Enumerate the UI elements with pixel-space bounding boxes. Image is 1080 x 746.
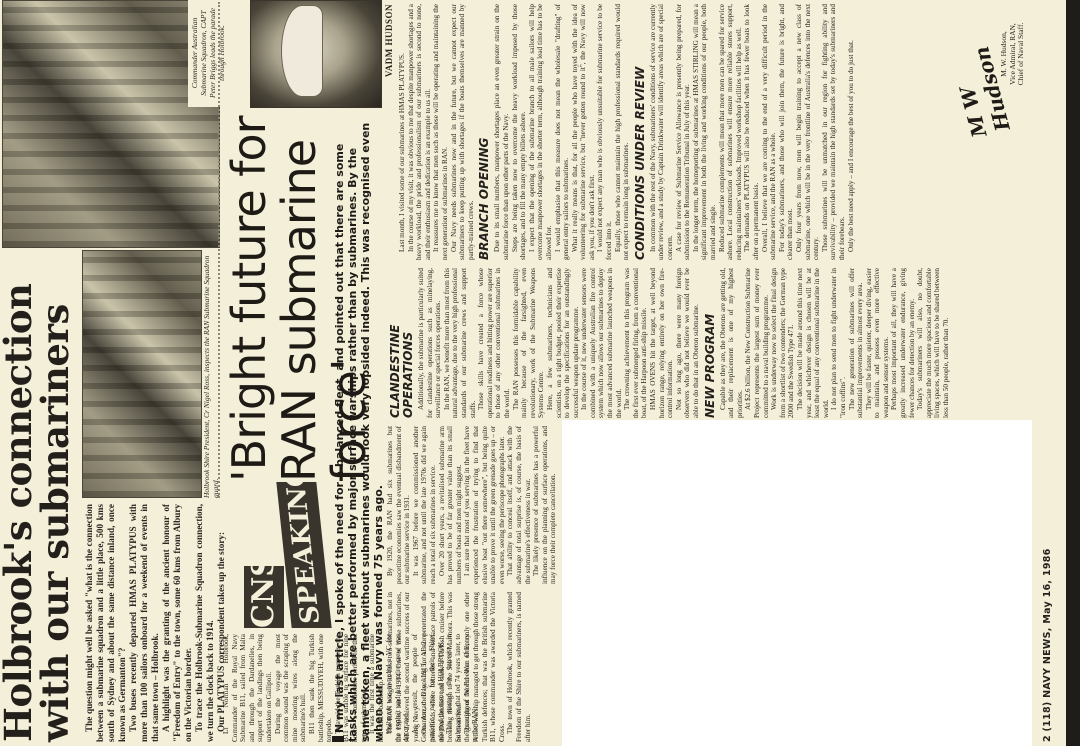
- byline: VADM HUDSON: [384, 4, 394, 108]
- body-paragraph: Steps are being taken now to overcome th…: [511, 4, 528, 260]
- body-paragraph: I do not plan to send men to fight under…: [830, 268, 847, 418]
- page-footer: 2 (118) NAVY NEWS, May 16, 1986: [1042, 442, 1053, 742]
- body-paragraph: Additionally, the submarine is particula…: [417, 268, 443, 418]
- cns-col-4: Last month, I visited some of our submar…: [398, 4, 855, 260]
- body-paragraph: For today's submariners, and those who w…: [778, 4, 795, 260]
- cns-col-2: By 1920, the RAN had six submarines but …: [386, 426, 558, 584]
- blank-area: [562, 420, 1032, 746]
- section-heading-conditions: CONDITIONS UNDER REVIEW: [634, 4, 647, 260]
- body-paragraph: The new generation of submarines will of…: [848, 268, 865, 418]
- body-paragraph: It reassures me to know that men such as…: [432, 4, 449, 260]
- body-paragraph: Due to its small numbers, manpower short…: [493, 4, 510, 260]
- vadm-hudson-portrait: [250, 0, 382, 108]
- body-paragraph: The RAN bought its first two submarines,…: [386, 592, 420, 742]
- body-paragraph: On Anzac Day, 1915, AE-2 penetrated the …: [420, 592, 463, 742]
- body-paragraph: Last month, I visited some of our submar…: [398, 4, 407, 260]
- body-paragraph: Over 20 short years, a revitalised subma…: [438, 426, 464, 584]
- intro-paragraph: Two buses recently departed HMAS PLATYPU…: [128, 504, 161, 742]
- speaking-banner: SPEAKING...: [276, 482, 331, 628]
- body-paragraph: In the course of it, new underwater sens…: [580, 268, 623, 418]
- body-paragraph: That ability to conceal itself, and atta…: [506, 426, 532, 584]
- body-paragraph: What it really means is that, for all th…: [571, 4, 597, 260]
- inspection-photo: [82, 250, 202, 498]
- body-paragraph: In the course of my visit, it was obviou…: [407, 4, 433, 260]
- body-paragraph: In the longer term, the homeporting of s…: [692, 4, 718, 260]
- intro-paragraph: To trace the Holbrook-Submarine Squadron…: [194, 504, 216, 742]
- body-paragraph: Lt Norman Holbrook, Commander of the Roy…: [222, 634, 274, 742]
- scanned-page-viewer: Holbrook's connection with our submarine…: [0, 0, 1080, 746]
- body-paragraph: At $2.6 billion, the New Construction Su…: [744, 268, 770, 418]
- dropcap-bar: [332, 736, 344, 742]
- signoff-title: Chief of Naval Staff.: [1017, 2, 1026, 106]
- body-paragraph: Only four years from now, men will begin…: [795, 4, 821, 260]
- body-paragraph: Perhaps most important of all, they will…: [890, 268, 916, 418]
- cns-col-1: The RAN bought its first two submarines,…: [386, 592, 532, 742]
- cns-banner: CNS: [244, 566, 284, 628]
- body-paragraph: Today's submariners will also, no doubt,…: [916, 268, 950, 418]
- body-paragraph: Equally, those who cannot maintain the h…: [614, 4, 631, 260]
- body-paragraph: I am sure that most of you serving in th…: [463, 426, 506, 584]
- body-paragraph: The RAN possesses this formidable capabi…: [512, 268, 546, 418]
- holbrook-intro: The question might well be asked "what i…: [84, 504, 227, 742]
- body-paragraph: I would emphasise that this measure does…: [554, 4, 571, 260]
- body-paragraph: The demands on PLATYPUS will also be red…: [743, 4, 760, 260]
- body-paragraph: By 1920, the RAN had six submarines but …: [386, 426, 412, 584]
- body-paragraph: I expect that the opening of the submari…: [528, 4, 554, 260]
- body-paragraph: Reduced submarine complements will mean …: [718, 4, 744, 260]
- body-paragraph: The town of Holbrook, which recently gra…: [506, 592, 532, 742]
- body-paragraph: In the RAN, we benefit more than most fr…: [443, 268, 477, 418]
- body-paragraph: Here, a few submariners, technicians and…: [546, 268, 580, 418]
- cns-col-3: CLANDESTINE OPERATIONS Additionally, the…: [386, 268, 951, 418]
- body-paragraph: Only the best need apply – and I encoura…: [847, 4, 856, 260]
- parade-photo: Commander Australian Submarine Squadron,…: [2, 0, 220, 248]
- divider: [218, 2, 220, 498]
- body-paragraph: Those submarines will be unmatched in ou…: [821, 4, 847, 260]
- body-paragraph: The crowning achievement to this program…: [623, 268, 649, 418]
- section-heading-new-program: NEW PROGRAM: [704, 268, 717, 418]
- body-paragraph: I would not expect any man who is obviou…: [596, 4, 613, 260]
- body-paragraph: The decision will be made around this ti…: [796, 268, 830, 418]
- body-paragraph: They will be faster, quieter, deeper div…: [865, 268, 891, 418]
- intro-paragraph: The question might well be asked "what i…: [84, 504, 128, 742]
- body-paragraph: The likely presence of submarines has a …: [532, 426, 558, 584]
- body-paragraph: Not so long ago, there were many foreign…: [675, 268, 701, 418]
- body-paragraph: It was 1967 before we commissioned anoth…: [412, 426, 438, 584]
- body-paragraph: Those skills have created a force whose …: [477, 268, 511, 418]
- body-paragraph: In common with the rest of the Navy, sub…: [649, 4, 675, 260]
- section-heading-branch: BRANCH OPENING: [478, 4, 491, 260]
- body-paragraph: During the voyage the most common sound …: [274, 634, 308, 742]
- body-paragraph: Overall, I believe that we are coming to…: [761, 4, 778, 260]
- lede-text: N my last article, I spoke of the need f…: [333, 123, 385, 742]
- body-paragraph: B11 then sank the big Turkish battleship…: [308, 634, 334, 742]
- body-paragraph: Our Navy needs submarines now and in the…: [450, 4, 476, 260]
- cns-lede: N my last article, I spoke of the need f…: [332, 114, 385, 742]
- parade-photo-caption: Commander Australian Submarine Squadron,…: [188, 0, 228, 107]
- section-heading-clandestine: CLANDESTINE OPERATIONS: [389, 268, 415, 418]
- body-paragraph: Throughout World War One, only one other…: [463, 592, 506, 742]
- body-paragraph: Capable as they are, the Oberons are get…: [719, 268, 745, 418]
- holbrook-headline: Holbrook's connection with our submarine…: [0, 250, 80, 742]
- body-paragraph: Work is underway now to select the final…: [770, 268, 796, 418]
- body-paragraph: HMAS OVENS hit the target, at well beyon…: [649, 268, 675, 418]
- intro-paragraph: A highlight was the granting of the anci…: [161, 504, 194, 742]
- signoff: M. W. Hudson, Vice Admiral, RAN, Chief o…: [1000, 2, 1026, 106]
- newspaper-page: Holbrook's connection with our submarine…: [0, 0, 1066, 746]
- body-paragraph: A case for review of Submarine Service A…: [675, 4, 692, 260]
